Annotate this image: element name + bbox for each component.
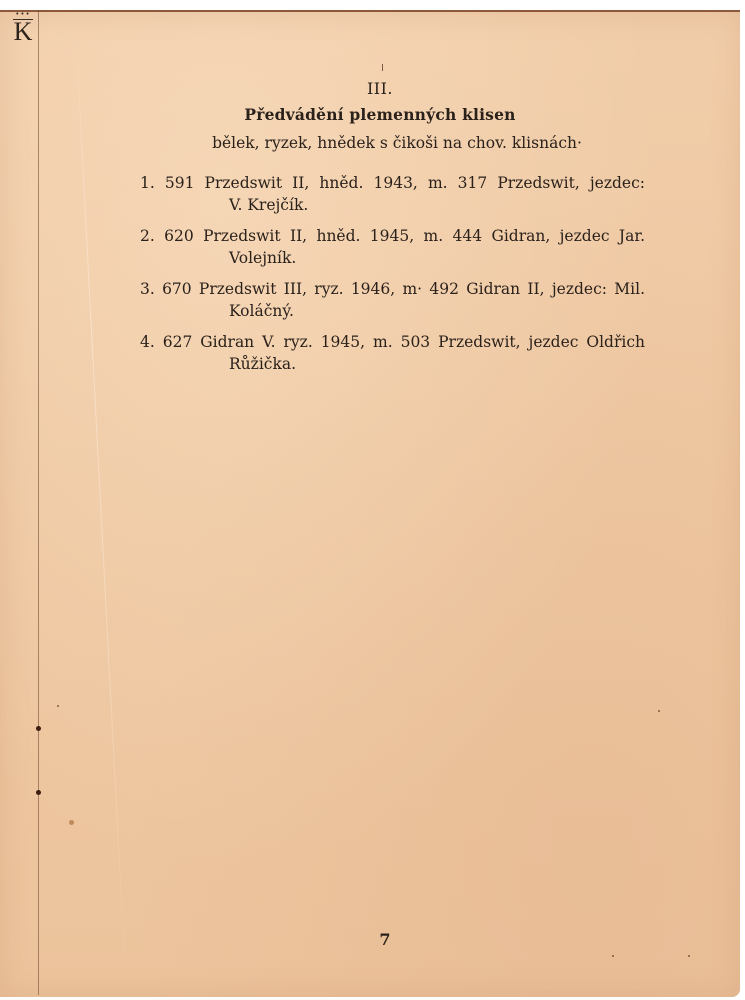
entry-main-line: 2. 620 Przedswit II, hněd. 1945, m. 444 … [140, 225, 645, 247]
section-tick-mark [382, 64, 383, 71]
entry-main-line: 1. 591 Przedswit II, hněd. 1943, m. 317 … [140, 172, 645, 194]
list-item: 4. 627 Gidran V. ryz. 1945, m. 503 Przed… [140, 331, 645, 375]
entry-rider-line: Volejník. [229, 247, 645, 269]
entry-rider-line: Růžička. [229, 353, 645, 375]
section-subtitle: bělek, ryzek, hnědek s čikoši na chov. k… [0, 134, 745, 152]
section-number: III. [0, 79, 745, 98]
logo-letter: K [12, 20, 34, 44]
list-item: 3. 670 Przedswit III, ryz. 1946, m· 492 … [140, 278, 645, 322]
list-item: 1. 591 Przedswit II, hněd. 1943, m. 317 … [140, 172, 645, 216]
paper-stain [69, 820, 74, 825]
staple-hole-upper [36, 726, 41, 731]
entry-rider-line: Koláčný. [229, 300, 645, 322]
entry-list: 1. 591 Przedswit II, hněd. 1943, m. 317 … [140, 172, 645, 384]
entry-main-line: 4. 627 Gidran V. ryz. 1945, m. 503 Przed… [140, 331, 645, 353]
binding-fold-line [38, 10, 39, 995]
staple-hole-lower [36, 790, 41, 795]
paper-page [0, 10, 740, 997]
paper-speck [658, 710, 660, 712]
section-title: Předvádění plemenných klisen [0, 105, 745, 124]
entry-rider-line: V. Krejčík. [229, 194, 645, 216]
publisher-logo: ••• K [12, 10, 34, 50]
entry-main-line: 3. 670 Przedswit III, ryz. 1946, m· 492 … [140, 278, 645, 300]
paper-speck [57, 705, 59, 707]
paper-speck [688, 955, 690, 957]
page-number: 7 [0, 930, 745, 949]
list-item: 2. 620 Przedswit II, hněd. 1945, m. 444 … [140, 225, 645, 269]
paper-speck [612, 955, 614, 957]
